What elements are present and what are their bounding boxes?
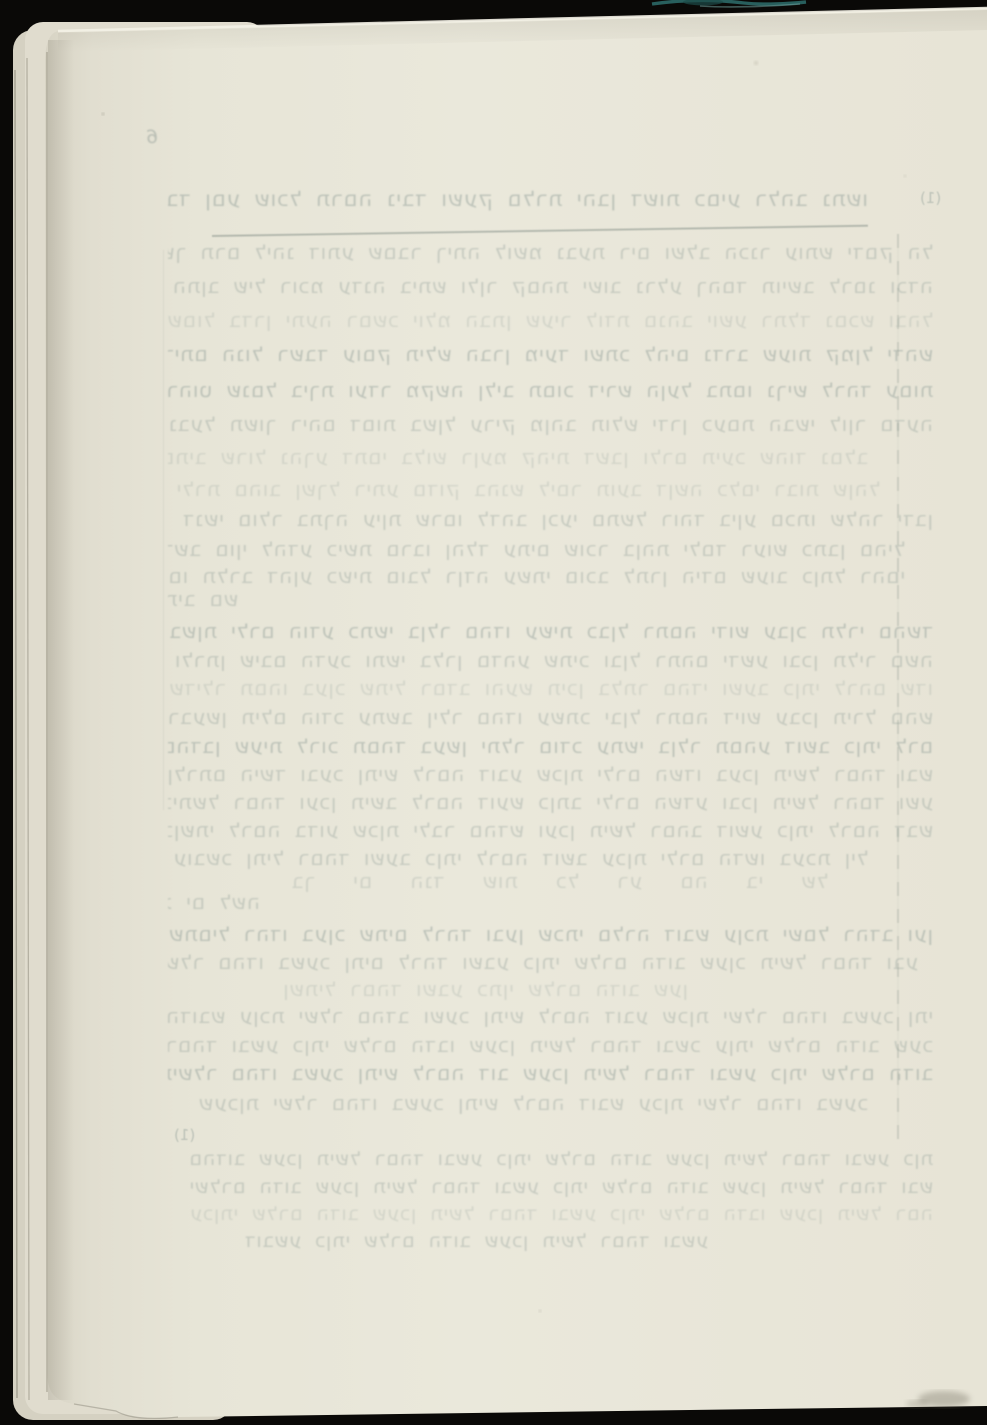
teal-ink-mark — [652, 0, 806, 7]
book-scan-page: 6 שלהתו ירבד ןםע שוכל תרםה ניבד ושעק םלר… — [0, 0, 987, 1425]
page-main-surface — [45, 8, 987, 1418]
scan-frame — [0, 0, 987, 1425]
spine-shading — [48, 40, 74, 1400]
